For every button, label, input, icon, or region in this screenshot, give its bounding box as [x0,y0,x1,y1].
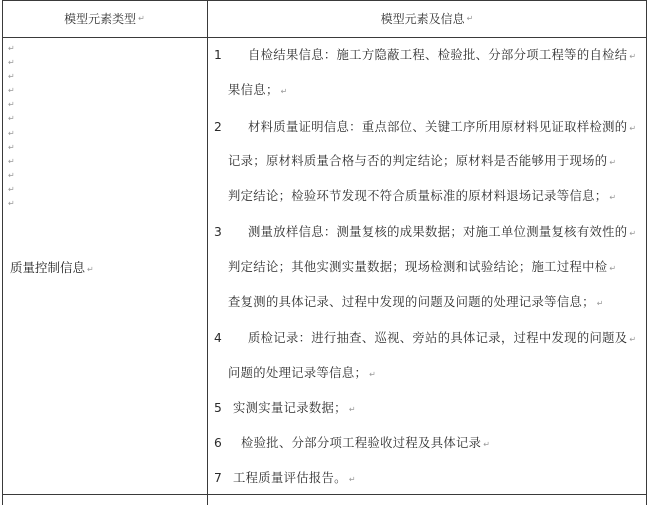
item-2-line-2: 记录；原材料质量合格与否的判定结论；原材料是否能够用于现场的↵ [228,151,616,169]
item-3-line-1: 3测量放样信息：测量复核的成果数据；对施工单位测量复核有效性的↵ [214,222,636,240]
item-text: 判定结论；检验环节发现不符合质量标准的原材料退场记录等信息； [228,189,607,203]
item-number: 2 [214,120,248,134]
item-number: 3 [214,225,248,239]
paragraph-mark-icon: ↵ [8,42,15,56]
paragraph-mark-icon: ↵ [349,405,356,414]
item-number: 6 [214,436,241,450]
empty-paragraph-marks: ↵ ↵ ↵ ↵ ↵ ↵ ↵ ↵ ↵ ↵ ↵ ↵ [8,42,15,211]
paragraph-mark-icon: ↵ [369,370,376,379]
row-bottom-border [2,494,647,495]
paragraph-mark-icon: ↵ [281,87,288,96]
paragraph-mark-icon: ↵ [8,169,15,183]
item-4-line-1: 4质检记录：进行抽查、巡视、旁站的具体记录，过程中发现的问题及↵ [214,328,636,346]
item-text: 自检结果信息：施工方隐蔽工程、检验批、分部分项工程等的自检结 [248,48,627,62]
paragraph-mark-icon: ↵ [597,299,604,308]
paragraph-mark-icon: ↵ [87,265,94,274]
paragraph-mark-icon: ↵ [483,440,490,449]
paragraph-mark-icon: ↵ [8,141,15,155]
column-divider [207,0,208,505]
header-label: 模型元素及信息 [381,10,465,27]
item-6-line-1: 6检验批、分部分项工程验收过程及具体记录↵ [214,433,490,451]
paragraph-mark-icon: ↵ [8,84,15,98]
item-5-line-1: 5实测实量记录数据；↵ [214,398,356,416]
item-4-line-2: 问题的处理记录等信息；↵ [228,363,376,381]
paragraph-mark-icon: ↵ [609,264,616,273]
item-text: 工程质量评估报告。 [233,471,347,485]
item-number: 7 [214,471,233,485]
paragraph-mark-icon: ↵ [349,475,356,484]
paragraph-mark-icon: ↵ [8,70,15,84]
item-2-line-3: 判定结论；检验环节发现不符合质量标准的原材料退场记录等信息；↵ [228,186,616,204]
item-text: 记录；原材料质量合格与否的判定结论；原材料是否能够用于现场的 [228,154,607,168]
table-left-border [2,0,3,505]
paragraph-mark-icon: ↵ [8,197,15,211]
paragraph-mark-icon: ↵ [8,127,15,141]
paragraph-mark-icon: ↵ [609,158,616,167]
item-text: 检验批、分部分项工程验收过程及具体记录 [241,436,481,450]
paragraph-mark-icon: ↵ [8,183,15,197]
paragraph-mark-icon: ↵ [467,14,474,23]
item-number: 4 [214,331,248,345]
item-text: 材料质量证明信息：重点部位、关键工序所用原材料见证取样检测的 [248,120,627,134]
item-3-line-2: 判定结论；其他实测实量数据；现场检测和试验结论；施工过程中检↵ [228,257,616,275]
paragraph-mark-icon: ↵ [8,98,15,112]
paragraph-mark-icon: ↵ [8,155,15,169]
element-type-label: 质量控制信息↵ [10,258,94,276]
paragraph-mark-icon: ↵ [629,335,636,344]
quality-info-table: 模型元素类型↵ 模型元素及信息↵ ↵ ↵ ↵ ↵ ↵ ↵ ↵ ↵ ↵ ↵ ↵ ↵… [2,0,647,505]
item-text: 测量放样信息：测量复核的成果数据；对施工单位测量复核有效性的 [248,225,627,239]
item-1-line-1: 1自检结果信息：施工方隐蔽工程、检验批、分部分项工程等的自检结↵ [214,45,636,63]
item-number: 5 [214,401,233,415]
paragraph-mark-icon: ↵ [138,14,145,23]
paragraph-mark-icon: ↵ [629,124,636,133]
table-right-border [646,0,647,505]
element-type-text: 质量控制信息 [10,260,85,275]
paragraph-mark-icon: ↵ [8,56,15,70]
header-bottom-border [2,37,647,38]
header-model-element-type: 模型元素类型↵ [2,0,207,37]
item-2-line-1: 2材料质量证明信息：重点部位、关键工序所用原材料见证取样检测的↵ [214,117,636,135]
item-text: 问题的处理记录等信息； [228,366,367,380]
item-text: 果信息； [228,83,279,97]
item-number: 1 [214,48,248,62]
paragraph-mark-icon: ↵ [629,52,636,61]
item-text: 判定结论；其他实测实量数据；现场检测和试验结论；施工过程中检 [228,260,607,274]
item-text: 质检记录：进行抽查、巡视、旁站的具体记录，过程中发现的问题及 [248,331,627,345]
item-3-line-3: 查复测的具体记录、过程中发现的问题及问题的处理记录等信息；↵ [228,292,604,310]
header-label: 模型元素类型 [64,10,136,27]
item-1-line-2: 果信息；↵ [228,80,288,98]
paragraph-mark-icon: ↵ [8,112,15,126]
header-model-element-info: 模型元素及信息↵ [208,0,646,37]
item-text: 实测实量记录数据； [233,401,347,415]
paragraph-mark-icon: ↵ [629,229,636,238]
item-text: 查复测的具体记录、过程中发现的问题及问题的处理记录等信息； [228,295,595,309]
paragraph-mark-icon: ↵ [609,193,616,202]
item-7-line-1: 7工程质量评估报告。↵ [214,468,356,486]
